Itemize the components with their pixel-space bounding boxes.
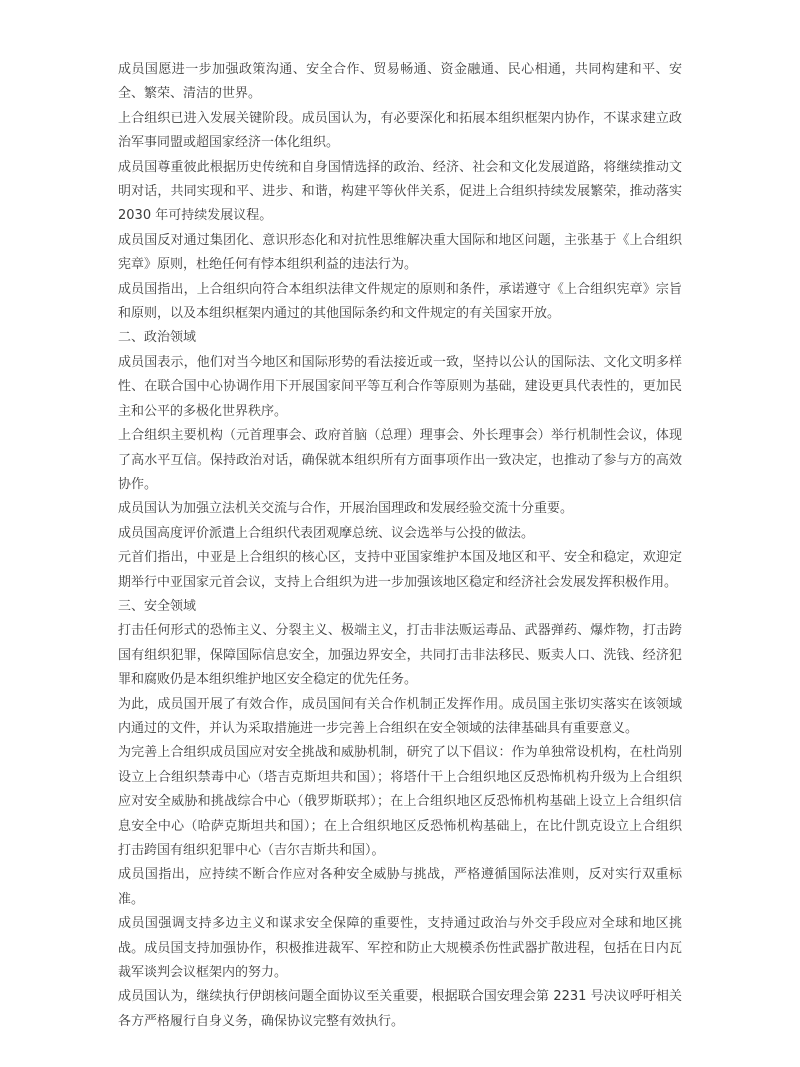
paragraph: 元首们指出，中亚是上合组织的核心区，支持中亚国家维护本国及地区和平、安全和稳定，…: [118, 546, 682, 595]
paragraph: 成员国尊重彼此根据历史传统和自身国情选择的政治、经济、社会和文化发展道路，将继续…: [118, 156, 682, 229]
paragraph: 上合组织已进入发展关键阶段。成员国认为，有必要深化和拓展本组织框架内协作，不谋求…: [118, 107, 682, 156]
paragraph: 成员国反对通过集团化、意识形态化和对抗性思维解决重大国际和地区问题，主张基于《上…: [118, 229, 682, 278]
document-body: 成员国愿进一步加强政策沟通、安全合作、贸易畅通、资金融通、民心相通，共同构建和平…: [118, 58, 682, 1034]
paragraph: 打击任何形式的恐怖主义、分裂主义、极端主义，打击非法贩运毒品、武器弹药、爆炸物，…: [118, 619, 682, 692]
paragraph: 成员国高度评价派遣上合组织代表团观摩总统、议会选举与公投的做法。: [118, 522, 682, 546]
paragraph: 成员国强调支持多边主义和谋求安全保障的重要性，支持通过政治与外交手段应对全球和地…: [118, 912, 682, 985]
paragraph: 成员国认为，继续执行伊朗核问题全面协议至关重要，根据联合国安理会第 2231 号…: [118, 985, 682, 1034]
section-heading-political: 二、政治领域: [118, 326, 682, 350]
paragraph: 上合组织主要机构（元首理事会、政府首脑（总理）理事会、外长理事会）举行机制性会议…: [118, 424, 682, 497]
document-page: 成员国愿进一步加强政策沟通、安全合作、贸易畅通、资金融通、民心相通，共同构建和平…: [0, 0, 800, 1067]
section-heading-security: 三、安全领域: [118, 595, 682, 619]
paragraph: 成员国愿进一步加强政策沟通、安全合作、贸易畅通、资金融通、民心相通，共同构建和平…: [118, 58, 682, 107]
paragraph: 成员国认为加强立法机关交流与合作，开展治国理政和发展经验交流十分重要。: [118, 497, 682, 521]
paragraph: 为完善上合组织成员国应对安全挑战和威胁机制，研究了以下倡议：作为单独常设机构，在…: [118, 741, 682, 863]
paragraph: 为此，成员国开展了有效合作，成员国间有关合作机制正发挥作用。成员国主张切实落实在…: [118, 693, 682, 742]
paragraph: 成员国指出，上合组织向符合本组织法律文件规定的原则和条件，承诺遵守《上合组织宪章…: [118, 278, 682, 327]
paragraph: 成员国指出，应持续不断合作应对各种安全威胁与挑战，严格遵循国际法准则，反对实行双…: [118, 863, 682, 912]
paragraph: 成员国表示，他们对当今地区和国际形势的看法接近或一致，坚持以公认的国际法、文化文…: [118, 351, 682, 424]
